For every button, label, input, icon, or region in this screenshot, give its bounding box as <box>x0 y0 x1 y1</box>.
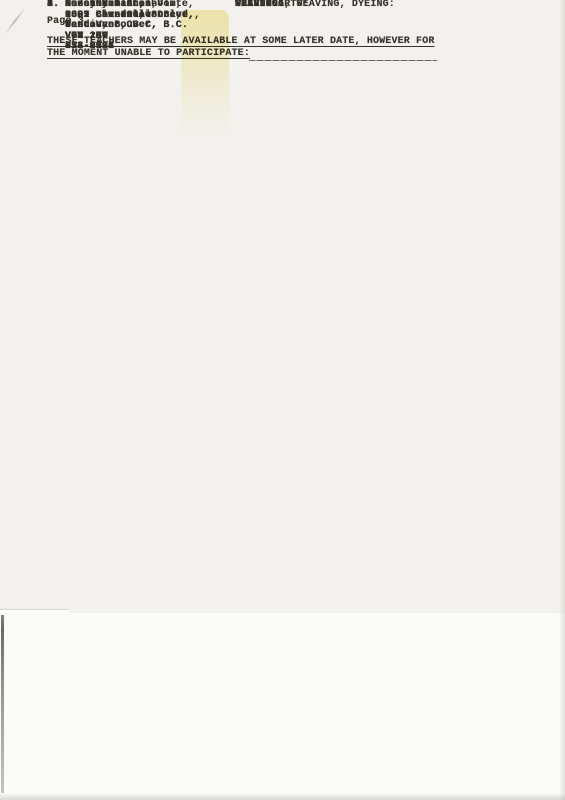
teacher-entry-5: 5.Suzanne Gaston-Voute, 6001 Chancellor … <box>47 0 517 53</box>
right-edge-shadow <box>559 0 565 800</box>
bottom-edge-shadow <box>0 793 565 800</box>
pencil-mark <box>5 9 25 34</box>
teacher-name: Suzanne Gaston-Voute, <box>65 0 194 10</box>
entry-number: 5. <box>47 0 65 11</box>
scan-seam-line <box>0 610 68 613</box>
specialty-label: WEAVING: <box>235 0 284 11</box>
postal-code: V6T 1E7 <box>47 32 517 43</box>
scanned-document-page: { "page": { "page_label": "Page 3", "hea… <box>0 0 565 800</box>
address-line: Vancouver, B.C. <box>47 21 517 32</box>
paper-lower-region <box>0 613 565 800</box>
phone-number: 224-6931 <box>47 42 517 53</box>
heading-underline-rule <box>249 60 437 61</box>
left-edge-scan-line <box>1 615 4 793</box>
